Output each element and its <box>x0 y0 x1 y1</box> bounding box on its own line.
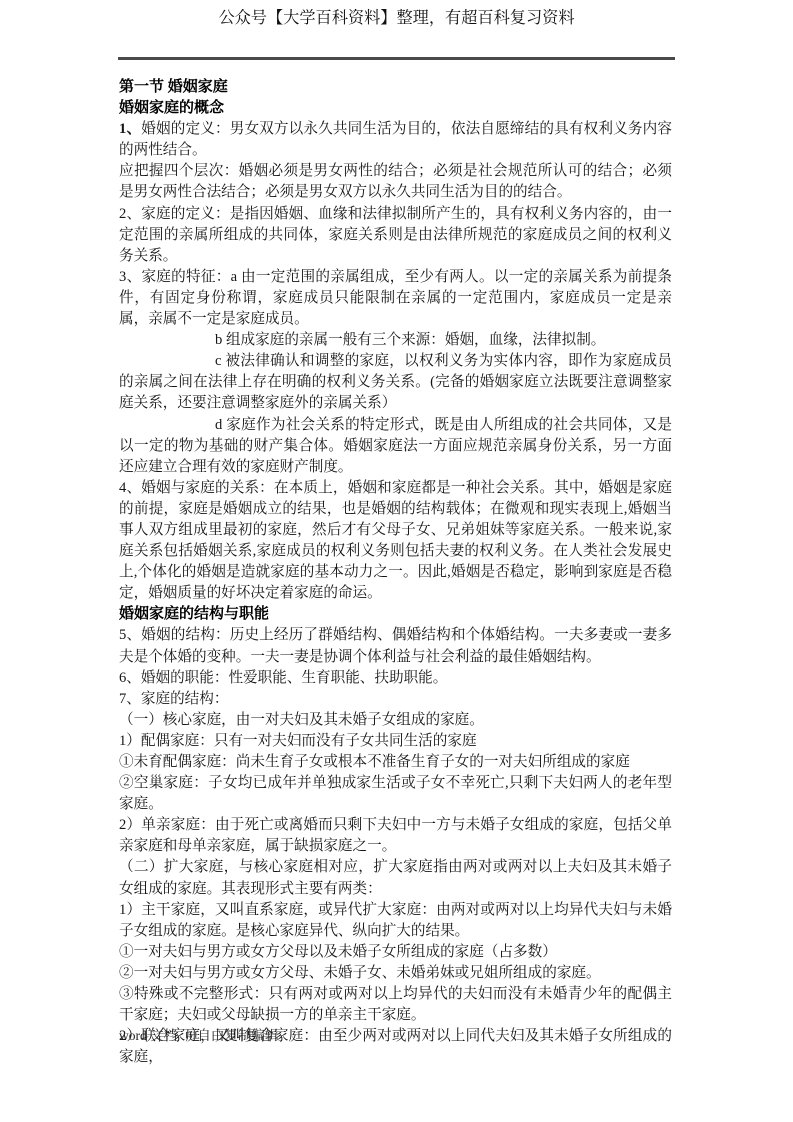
document-body: 第一节 婚姻家庭婚姻家庭的概念1、婚姻的定义：男女双方以永久共同生活为目的，依法… <box>119 77 672 1068</box>
paragraph-family-features-b: b 组成家庭的亲属一般有三个来源：婚姻，血缘，法律拟制。 <box>119 330 672 351</box>
page-header: 公众号【大学百科资料】整理，有超百科复习资料 <box>0 7 793 29</box>
paragraph-stem-family: 1）主干家庭，又叫直系家庭，或异代扩大家庭：由两对或两对以上均异代夫妇与未婚子女… <box>119 900 672 942</box>
paragraph-family-definition: 2、家庭的定义：是指因婚姻、血缘和法律拟制所产生的，具有权利义务内容的，由一定范… <box>119 204 672 267</box>
paragraph-family-features-a: 3、家庭的特征：a 由一定范围的亲属组成，至少有两人。以一定的亲属关系为前提条件… <box>119 267 672 330</box>
paragraph-stem-family-type1: ①一对夫妇与男方或女方父母以及未婚子女所组成的家庭（占多数） <box>119 942 672 963</box>
item-number: 1、 <box>119 121 141 137</box>
paragraph-marriage-definition: 1、婚姻的定义：男女双方以永久共同生活为目的，依法自愿缔结的具有权利义务内容的两… <box>119 119 672 161</box>
sub-heading-concept: 婚姻家庭的概念 <box>119 98 672 119</box>
section-title: 第一节 婚姻家庭 <box>119 77 672 98</box>
paragraph-marriage-functions: 6、婚姻的职能：性爱职能、生育职能、扶助职能。 <box>119 668 672 689</box>
paragraph-four-levels: 应把握四个层次：婚姻必须是男女两性的结合；必须是社会规范所认可的结合；必须是男女… <box>119 161 672 203</box>
paragraph-stem-family-type2: ②一对夫妇与男方或女方父母、未婚子女、未婚弟妹或兄姐所组成的家庭。 <box>119 963 672 984</box>
header-divider <box>118 57 675 60</box>
paragraph-family-structure: 7、家庭的结构： <box>119 689 672 710</box>
page-footer: word 文档 可自由复制编辑 <box>119 1027 278 1045</box>
paragraph-stem-family-type3: ③特殊或不完整形式：只有两对或两对以上均异代的夫妇而没有未婚青少年的配偶主干家庭… <box>119 984 672 1026</box>
paragraph-family-features-d: d 家庭作为社会关系的特定形式，既是由人所组成的社会共同体，又是以一定的物为基础… <box>119 415 672 478</box>
paragraph-couple-family: 1）配偶家庭：只有一对夫妇而没有子女共同生活的家庭 <box>119 731 672 752</box>
paragraph-single-parent-family: 2）单亲家庭：由于死亡或离婚而只剩下夫妇中一方与未婚子女组成的家庭，包括父单亲家… <box>119 815 672 857</box>
paragraph-family-features-c: c 被法律确认和调整的家庭，以权利义务为实体内容，即作为家庭成员的亲属之间在法律… <box>119 351 672 414</box>
paragraph-marriage-family-relation: 4、婚姻与家庭的关系：在本质上，婚姻和家庭都是一种社会关系。其中，婚姻是家庭的前… <box>119 478 672 605</box>
paragraph-childless-family: ①未育配偶家庭：尚未生育子女或根本不准备生育子女的一对夫妇所组成的家庭 <box>119 752 672 773</box>
paragraph-empty-nest-family: ②空巢家庭：子女均已成年并单独成家生活或子女不幸死亡,只剩下夫妇两人的老年型家庭… <box>119 773 672 815</box>
sub-heading-structure: 婚姻家庭的结构与职能 <box>119 604 672 625</box>
paragraph-marriage-structure: 5、婚姻的结构：历史上经历了群婚结构、偶婚结构和个体婚结构。一夫多妻或一妻多夫是… <box>119 625 672 667</box>
paragraph-extended-family: （二）扩大家庭，与核心家庭相对应，扩大家庭指由两对或两对以上夫妇及其未婚子女组成… <box>119 857 672 899</box>
paragraph-nuclear-family: （一）核心家庭，由一对夫妇及其未婚子女组成的家庭。 <box>119 710 672 731</box>
